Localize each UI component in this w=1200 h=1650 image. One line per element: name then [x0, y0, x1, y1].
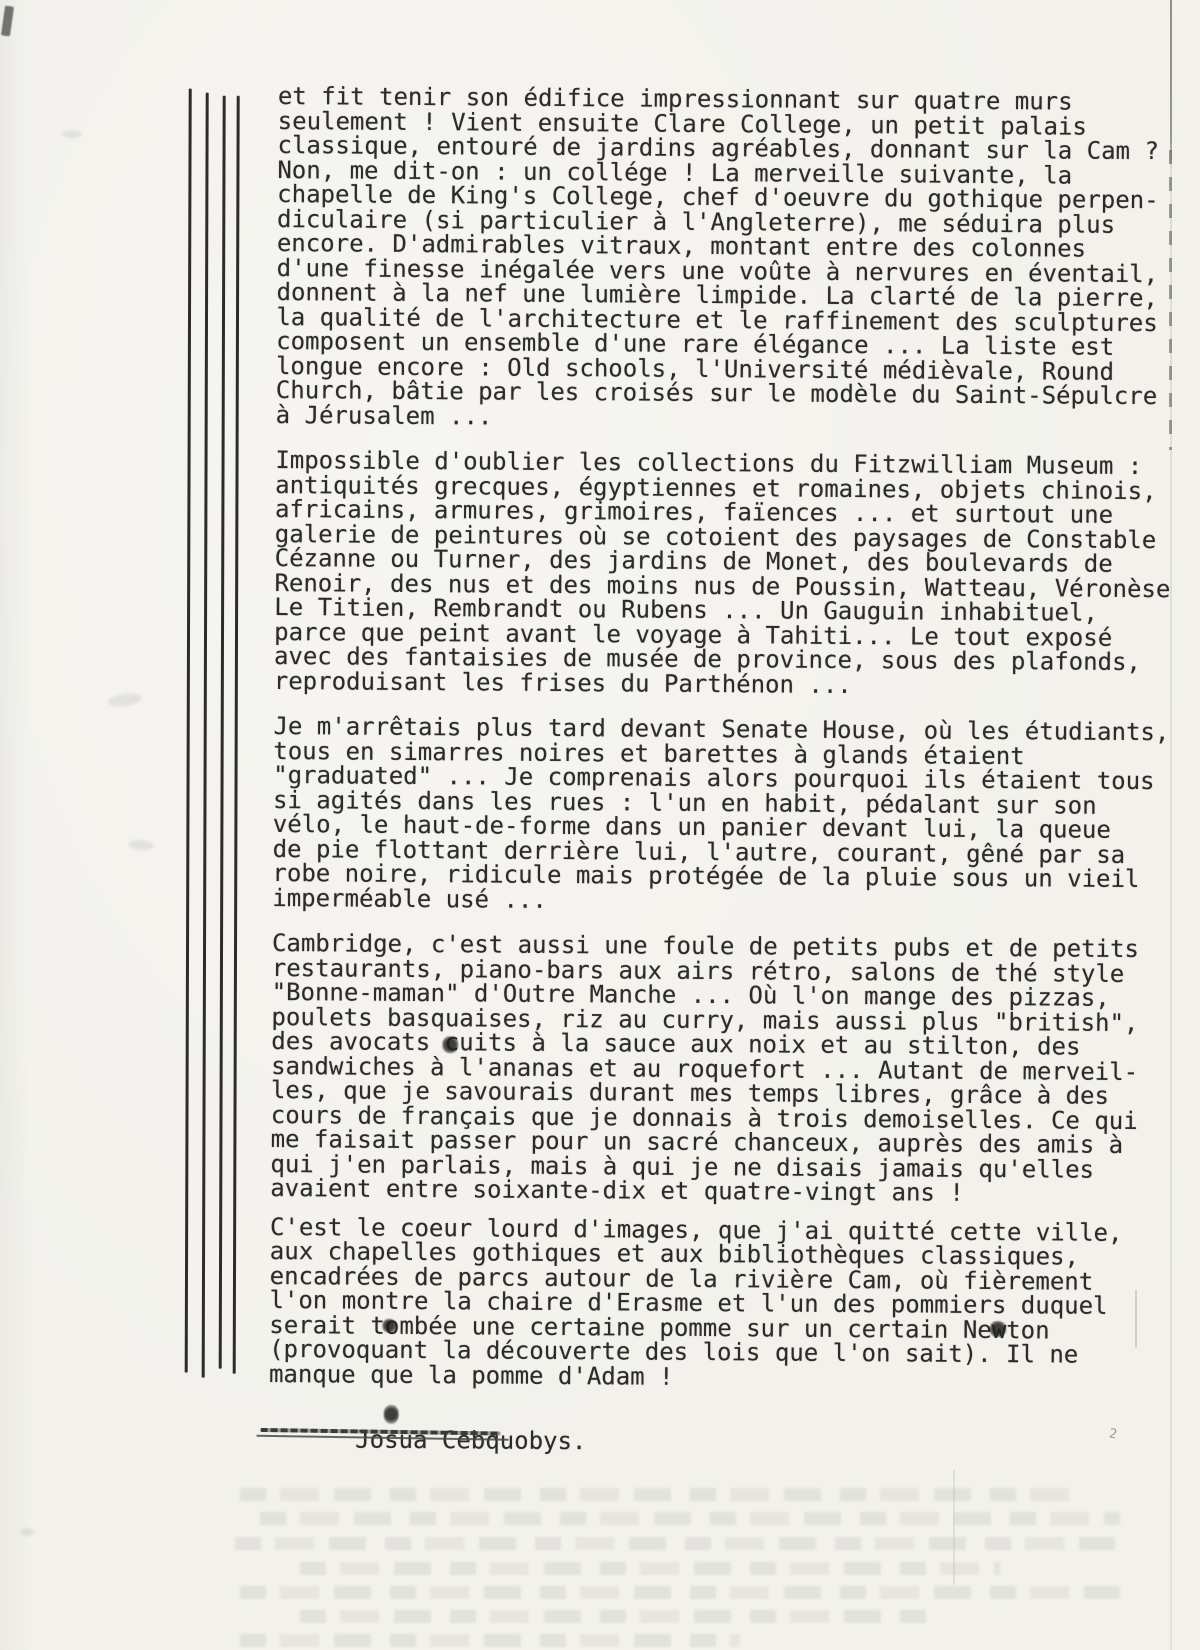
paragraph: et fit tenir son édifice impressionnant …: [276, 84, 1198, 433]
ink-blot-artifact: [442, 1036, 458, 1053]
bleedthrough-artifact: [240, 1586, 1120, 1599]
bleedthrough-artifact: [240, 1634, 740, 1647]
smudge-artifact: [20, 1528, 34, 1536]
margin-rule-line: [233, 96, 240, 1374]
paragraph: C'est le coeur lourd d'images, que j'ai …: [269, 1214, 1190, 1392]
ink-blot-artifact: [384, 1405, 399, 1424]
margin-rule-line: [202, 93, 209, 1378]
ink-blot-artifact: [989, 1321, 1006, 1337]
letter-body: et fit tenir son édifice impressionnant …: [268, 84, 1198, 1555]
scanned-letter-page: 2 et fit tenir son édifice impressionnan…: [0, 0, 1200, 1650]
bleedthrough-artifact: [300, 1562, 1000, 1575]
margin-rule-line: [185, 89, 192, 1373]
paragraph: Cambridge, c'est aussi une foule de peti…: [270, 931, 1192, 1207]
paragraph: Impossible d'oublier les collections du …: [274, 448, 1196, 699]
margin-rules: [0, 0, 300, 1650]
paragraph: Je m'arrêtais plus tard devant Senate Ho…: [272, 714, 1193, 916]
ink-blot-artifact: [382, 1319, 396, 1333]
bleedthrough-artifact: [300, 1610, 940, 1623]
smudge-artifact: [62, 130, 82, 138]
margin-rule-line: [219, 96, 225, 1369]
signature-block: Josua Cebquobys.: [268, 1402, 829, 1553]
